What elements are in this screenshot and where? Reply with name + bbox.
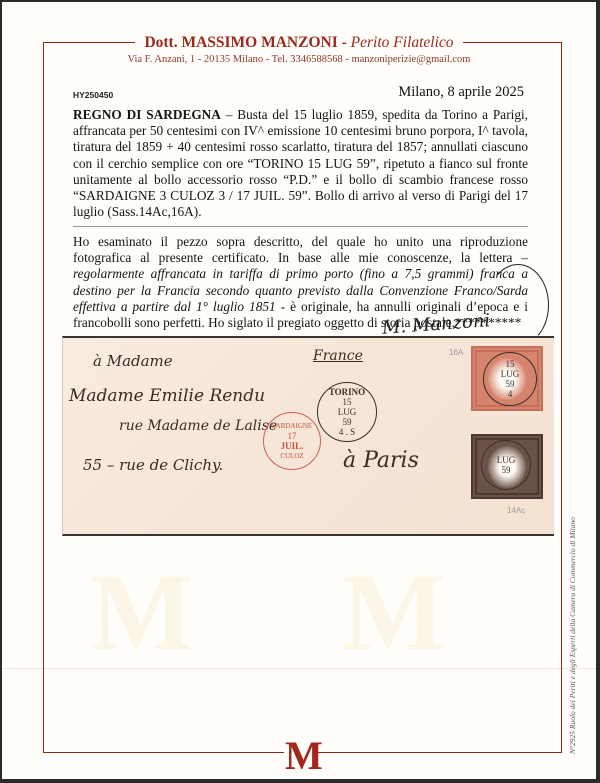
letterhead: Dott. MASSIMO MANZONI - Perito Filatelic… <box>2 34 596 65</box>
address-line: rue Madame de Lalise <box>119 418 277 434</box>
stamp-cancel: LUG 59 <box>481 440 531 490</box>
pencil-note: 16A <box>449 348 463 357</box>
sardaigne-culoz-postmark: SARDAIGNE 17 JUIL. CULOZ <box>263 412 321 470</box>
route-note: France <box>313 348 363 364</box>
destination: à Paris <box>343 448 419 473</box>
expert-role: Perito Filatelico <box>351 34 454 51</box>
monogram-logo: M <box>285 736 317 776</box>
expert-address: Via F. Anzani, 1 - 20135 Milano - Tel. 3… <box>2 54 596 65</box>
place-date: Milano, 8 aprile 2025 <box>398 84 524 101</box>
address-line: Madame Emilie Rendu <box>69 386 265 406</box>
stamp-cancel: 15 LUG 59 4 <box>483 352 537 406</box>
pencil-note: 14Ac <box>507 506 525 515</box>
certificate-reference: HY250450 <box>73 90 113 100</box>
expert-name: Dott. MASSIMO MANZONI - Perito Filatelic… <box>2 34 596 52</box>
signature-flourish <box>487 264 549 346</box>
registry-note: N°2925 Ruolo dei Periti e degli Esperti … <box>568 517 577 754</box>
address-line: 55 – rue de Clichy. <box>83 456 223 474</box>
certificate-page: M M Dott. MASSIMO MANZONI - Perito Filat… <box>2 2 596 779</box>
description-paragraph: REGNO DI SARDEGNA – Busta del 15 luglio … <box>73 107 528 220</box>
envelope-photo: à Madame Madame Emilie Rendu rue Madame … <box>62 336 554 536</box>
description-title: REGNO DI SARDEGNA <box>73 107 221 122</box>
address-line: à Madame <box>93 352 173 370</box>
torino-postmark: TORINO 15 LUG 59 4 . S <box>317 382 377 442</box>
divider <box>73 226 528 227</box>
